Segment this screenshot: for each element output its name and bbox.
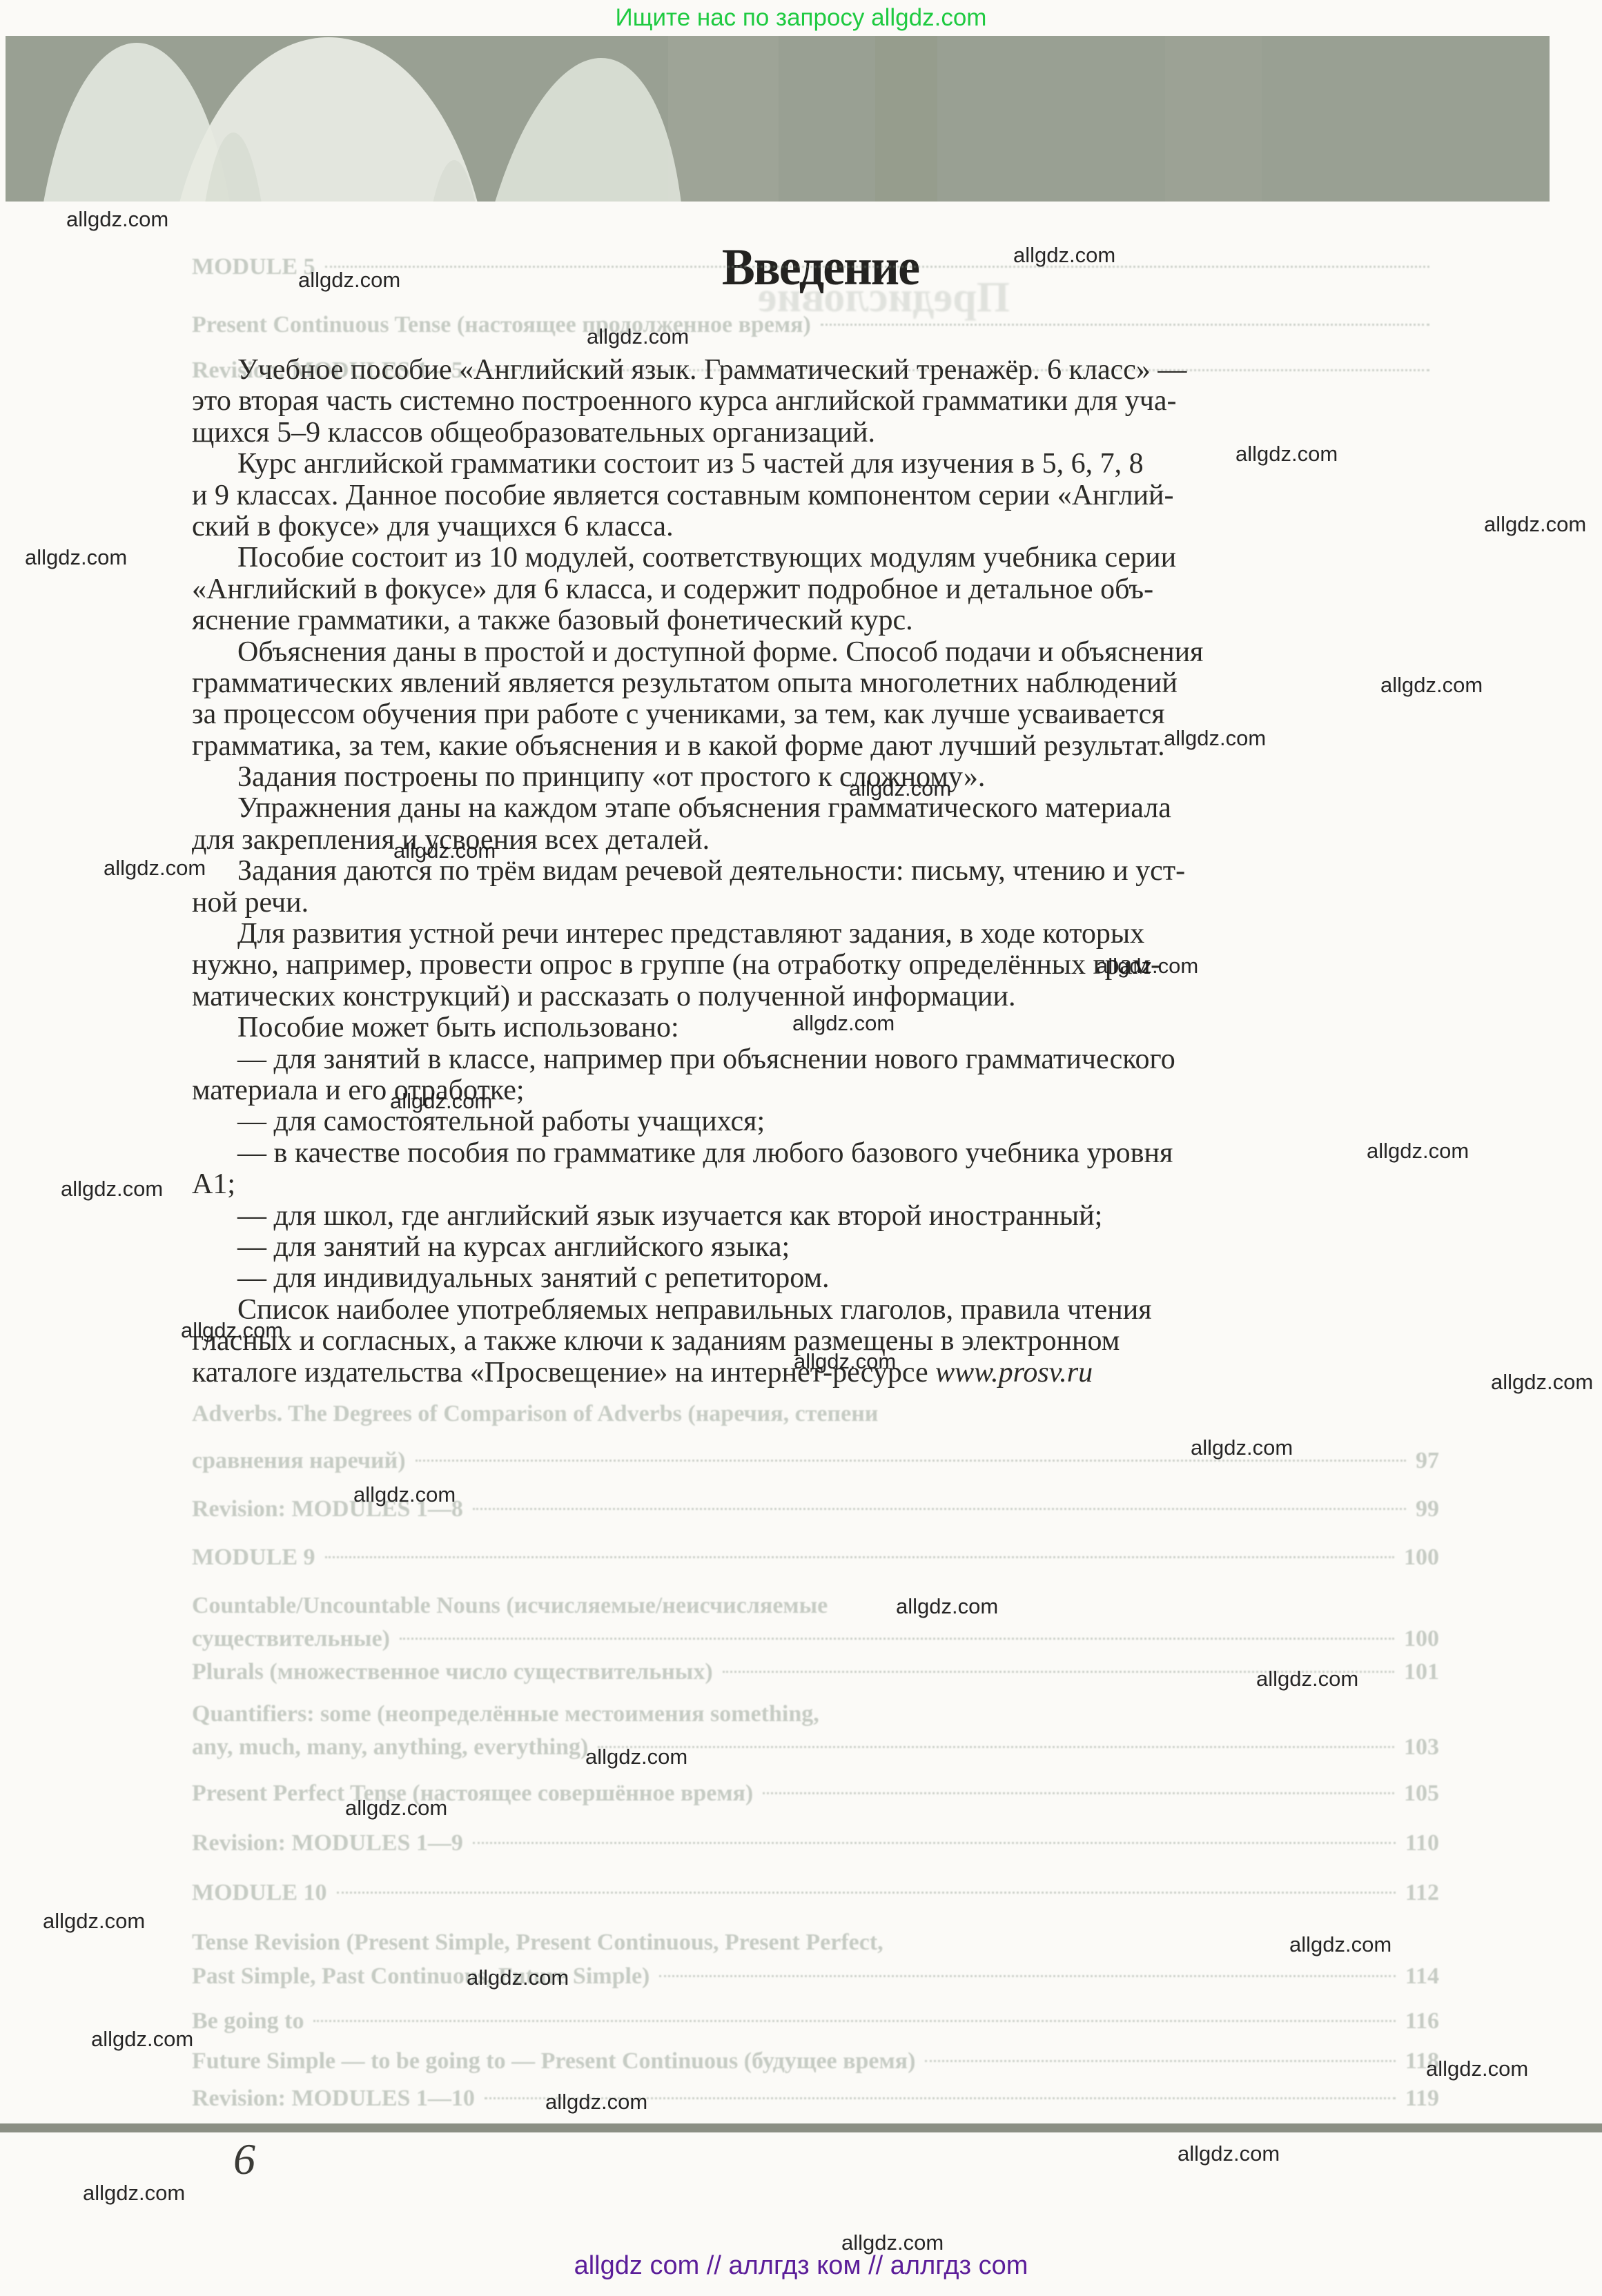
ghost-toc-entry: Adverbs. The Degrees of Comparison of Ad… — [192, 1401, 1439, 1427]
ghost-toc-entry: Present Continuous Tense (настоящее прод… — [192, 312, 1439, 338]
watermark: allgdz.com — [104, 856, 206, 881]
watermark: allgdz.com — [61, 1177, 163, 1201]
page-number: 6 — [233, 2134, 255, 2185]
watermark: allgdz.com — [66, 207, 168, 232]
text-line: «Английский в фокусе» для 6 класса, и со… — [192, 574, 1445, 605]
watermark: allgdz.com — [390, 1089, 492, 1114]
text-line: грамматических явлений является результа… — [192, 668, 1445, 699]
watermark: allgdz.com — [345, 1796, 447, 1821]
ghost-toc-entry: существительные)100 — [192, 1626, 1439, 1652]
watermark: allgdz.com — [1256, 1667, 1358, 1691]
watermark: allgdz.com — [587, 324, 689, 349]
watermark: allgdz.com — [181, 1318, 283, 1343]
text-line: — для самостоятельной работы учащихся; — [192, 1106, 1445, 1137]
text-line: нужно, например, провести опрос в группе… — [192, 950, 1445, 981]
ghost-toc-entry: Past Simple, Past Continuous, Future Sim… — [192, 1963, 1439, 1990]
flower-petals-graphic — [6, 36, 1550, 202]
watermark: allgdz.com — [25, 545, 127, 570]
scanned-book-page: Ищите нас по запросу allgdz.com Предисло… — [0, 0, 1602, 2296]
watermark: allgdz.com — [792, 1011, 895, 1036]
ghost-toc-entry: Future Simple — to be going to — Present… — [192, 2048, 1439, 2074]
ghost-toc-entry: Revision: MODULES 1—9110 — [192, 1830, 1439, 1856]
watermark: allgdz.com — [1096, 954, 1198, 979]
watermark: allgdz.com — [467, 1965, 569, 1990]
text-line: — в качестве пособия по грамматике для л… — [192, 1138, 1445, 1169]
ghost-toc-entry: Tense Revision (Present Simple, Present … — [192, 1930, 1439, 1956]
watermark: allgdz.com — [1367, 1139, 1469, 1164]
text-line: для закрепления и усвоения всех деталей. — [192, 825, 1445, 856]
watermark: allgdz.com — [1164, 726, 1266, 751]
text-line: и 9 классах. Данное пособие является сос… — [192, 480, 1445, 511]
text-line: Для развития устной речи интерес предста… — [192, 919, 1445, 950]
text-line: Объяснения даны в простой и доступной фо… — [192, 637, 1445, 668]
text-line: — для школ, где английский язык изучаетс… — [192, 1201, 1445, 1232]
footer-domains: allgdz com // аллгдз ком // аллгдз com — [0, 2251, 1602, 2281]
watermark: allgdz.com — [1178, 2141, 1280, 2166]
watermark: allgdz.com — [1235, 442, 1338, 467]
text-line: материала и его отработке; — [192, 1075, 1445, 1106]
seo-banner-text: Ищите нас по запросу allgdz.com — [0, 1, 1602, 35]
ghost-toc-entry: Plurals (множественное число существител… — [192, 1659, 1439, 1685]
ghost-toc-entry: Countable/Uncountable Nouns (исчисляемые… — [192, 1593, 1439, 1619]
text-line: — для индивидуальных занятий с репетитор… — [192, 1263, 1445, 1294]
header-band — [6, 36, 1550, 202]
watermark: allgdz.com — [841, 2230, 944, 2255]
ghost-toc-entry: Revision: MODULES 1—10119 — [192, 2086, 1439, 2112]
text-line: — для занятий в классе, например при объ… — [192, 1044, 1445, 1075]
introduction-text: Учебное пособие «Английский язык. Грамма… — [192, 355, 1445, 1389]
ghost-toc-entry: any, much, many, anything, everything)10… — [192, 1734, 1439, 1760]
text-line: это вторая часть системно построенного к… — [192, 386, 1445, 417]
text-line: матических конструкций) и рассказать о п… — [192, 981, 1445, 1012]
watermark: allgdz.com — [794, 1349, 896, 1374]
text-line: Учебное пособие «Английский язык. Грамма… — [192, 355, 1445, 386]
watermark: allgdz.com — [353, 1482, 456, 1507]
text-line: Пособие состоит из 10 модулей, соответст… — [192, 542, 1445, 573]
watermark: allgdz.com — [43, 1909, 145, 1934]
watermark: allgdz.com — [1380, 673, 1483, 698]
watermark: allgdz.com — [545, 2090, 647, 2115]
text-line: ной речи. — [192, 887, 1445, 919]
text-line: яснение грамматики, а также базовый фоне… — [192, 605, 1445, 636]
ghost-toc-entry: Quantifiers: some (неопределённые местои… — [192, 1701, 1439, 1727]
ghost-toc-entry: Be going to116 — [192, 2008, 1439, 2034]
watermark: allgdz.com — [1491, 1370, 1593, 1395]
watermark: allgdz.com — [849, 776, 951, 801]
text-line: Задания построены по принципу «от просто… — [192, 762, 1445, 793]
watermark: allgdz.com — [1191, 1435, 1293, 1460]
watermark: allgdz.com — [1484, 512, 1586, 537]
watermark: allgdz.com — [393, 838, 496, 863]
footer-rule — [0, 2123, 1602, 2132]
watermark: allgdz.com — [896, 1594, 998, 1619]
watermark: allgdz.com — [83, 2181, 185, 2206]
watermark: allgdz.com — [585, 1745, 687, 1769]
text-line: ский в фокусе» для учащихся 6 класса. — [192, 511, 1445, 542]
watermark: allgdz.com — [1426, 2057, 1528, 2081]
text-line: Список наиболее употребляемых неправильн… — [192, 1295, 1445, 1326]
text-line: — для занятий на курсах английского язык… — [192, 1232, 1445, 1263]
ghost-toc-entry: MODULE 9100 — [192, 1544, 1439, 1571]
watermark: allgdz.com — [91, 2027, 193, 2052]
text-line: Упражнения даны на каждом этапе объяснен… — [192, 793, 1445, 824]
watermark: allgdz.com — [298, 268, 400, 293]
text-line: A1; — [192, 1169, 1445, 1200]
text-line: Задания даются по трём видам речевой дея… — [192, 856, 1445, 887]
ghost-toc-entry: MODULE 10112 — [192, 1880, 1439, 1906]
watermark: allgdz.com — [1289, 1932, 1391, 1957]
watermark: allgdz.com — [1013, 243, 1115, 268]
